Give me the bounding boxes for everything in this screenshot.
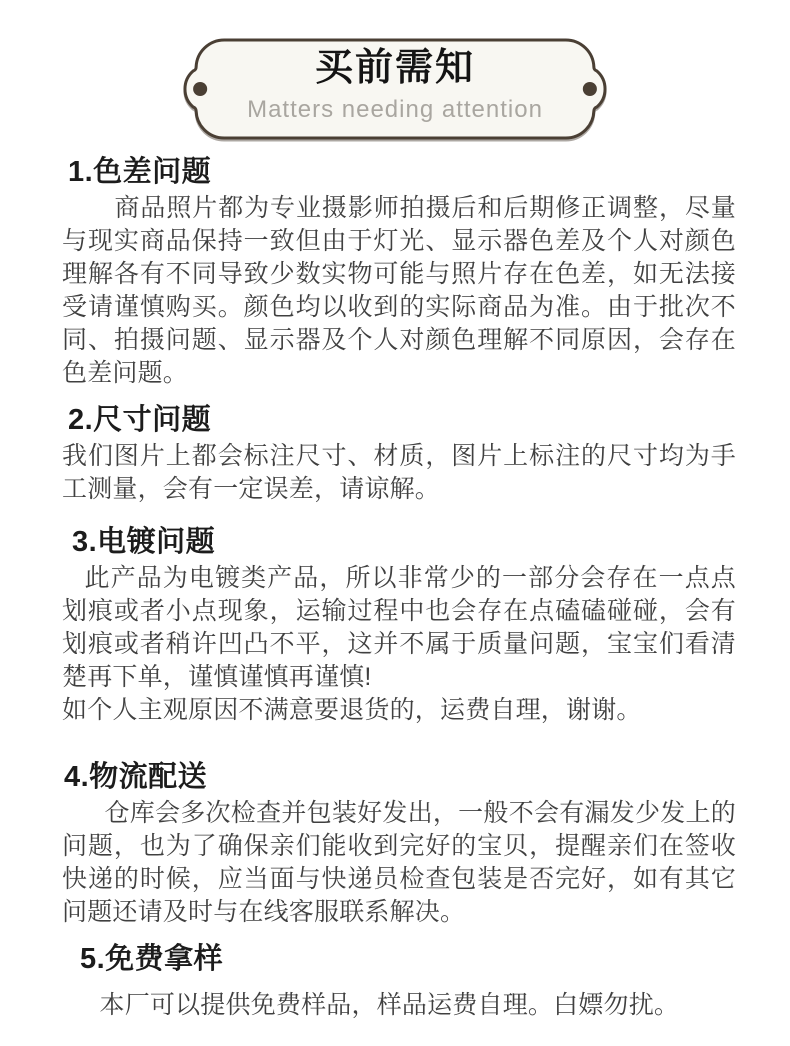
section-heading: 4.物流配送 xyxy=(62,757,736,797)
section-heading: 2.尺寸问题 xyxy=(62,400,736,440)
notice-page: 买前需知 Matters needing attention 1.色差问题 商品… xyxy=(0,0,790,1046)
section-logistics: 4.物流配送 仓库会多次检查并包装好发出，一般不会有漏发少发上的问题，也为了确保… xyxy=(62,757,736,929)
section-heading: 3.电镀问题 xyxy=(62,522,736,562)
notice-content: 1.色差问题 商品照片都为专业摄影师拍摄后和后期修正调整，尽量与现实商品保持一致… xyxy=(0,152,790,1022)
section-plating: 3.电镀问题 此产品为电镀类产品，所以非常少的一部分会存在一点点划痕或者小点现象… xyxy=(62,522,736,727)
section-paragraph: 仓库会多次检查并包装好发出，一般不会有漏发少发上的问题，也为了确保亲们能收到完好… xyxy=(62,797,736,929)
page-subtitle: Matters needing attention xyxy=(247,96,543,124)
plaque-text: 买前需知 Matters needing attention xyxy=(166,36,624,142)
notice-plaque: 买前需知 Matters needing attention xyxy=(166,36,624,142)
section-color-difference: 1.色差问题 商品照片都为专业摄影师拍摄后和后期修正调整，尽量与现实商品保持一致… xyxy=(62,152,736,390)
section-paragraph: 商品照片都为专业摄影师拍摄后和后期修正调整，尽量与现实商品保持一致但由于灯光、显… xyxy=(62,192,736,390)
section-paragraph: 本厂可以提供免费样品，样品运费自理。白嫖勿扰。 xyxy=(62,989,736,1022)
page-title: 买前需知 xyxy=(315,47,475,89)
section-paragraph: 我们图片上都会标注尺寸、材质，图片上标注的尺寸均为手工测量，会有一定误差，请谅解… xyxy=(62,440,736,506)
section-heading: 1.色差问题 xyxy=(62,152,736,192)
section-paragraph: 如个人主观原因不满意要退货的，运费自理，谢谢。 xyxy=(62,694,736,727)
section-size: 2.尺寸问题 我们图片上都会标注尺寸、材质，图片上标注的尺寸均为手工测量，会有一… xyxy=(62,400,736,506)
section-paragraph: 此产品为电镀类产品，所以非常少的一部分会存在一点点划痕或者小点现象，运输过程中也… xyxy=(62,562,736,694)
section-free-sample: 5.免费拿样 本厂可以提供免费样品，样品运费自理。白嫖勿扰。 xyxy=(62,939,736,1022)
section-heading: 5.免费拿样 xyxy=(62,939,736,979)
